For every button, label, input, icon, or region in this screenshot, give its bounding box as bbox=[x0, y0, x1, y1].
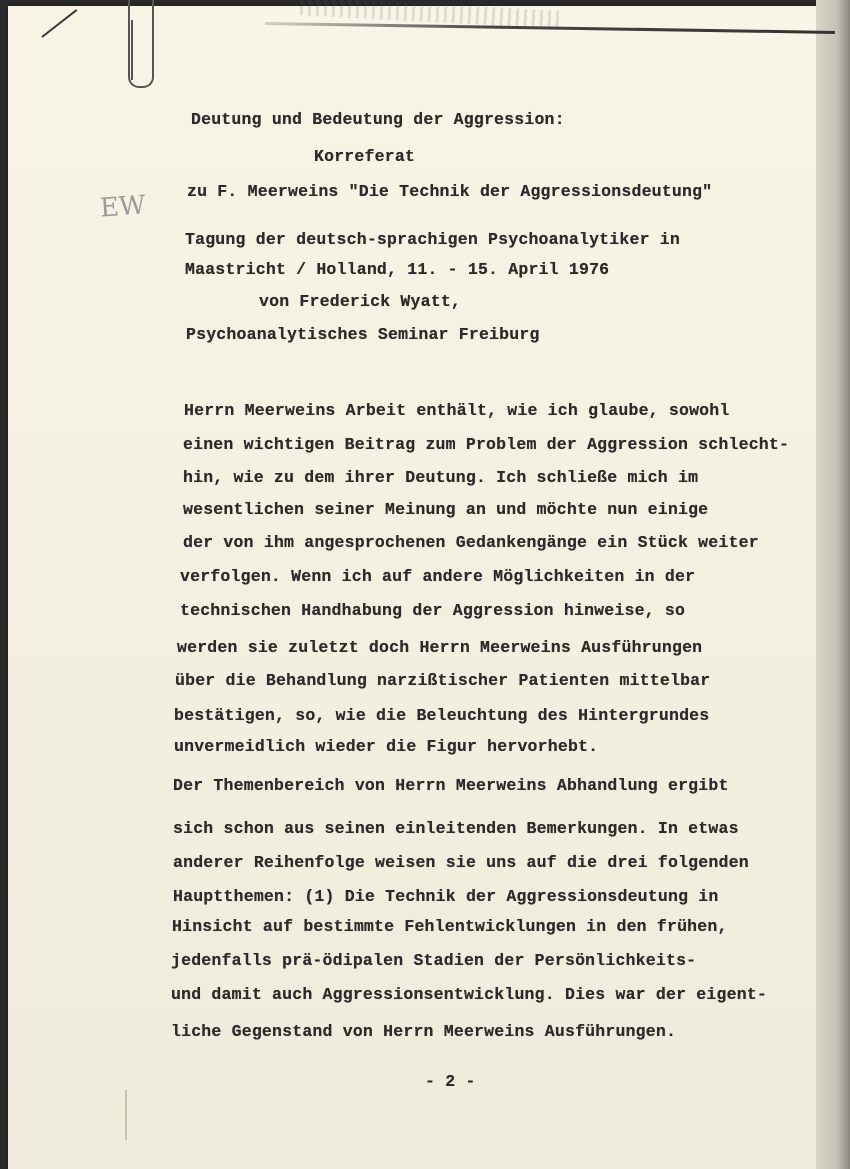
text-line: Hauptthemen: (1) Die Technik der Aggress… bbox=[173, 887, 719, 906]
text-line: wesentlichen seiner Meinung an und möcht… bbox=[183, 500, 708, 519]
author-line: von Frederick Wyatt, bbox=[259, 292, 461, 311]
text-line: technischen Handhabung der Aggression hi… bbox=[180, 601, 685, 620]
text-line: hin, wie zu dem ihrer Deutung. Ich schli… bbox=[183, 468, 698, 487]
text-line: werden sie zuletzt doch Herrn Meerweins … bbox=[177, 638, 702, 657]
text-line: sich schon aus seinen einleitenden Bemer… bbox=[173, 819, 739, 838]
document-subtitle: Korreferat bbox=[314, 147, 415, 166]
text-line: anderer Reihenfolge weisen sie uns auf d… bbox=[173, 853, 749, 872]
text-line: einen wichtigen Beitrag zum Problem der … bbox=[183, 435, 789, 454]
text-line: jedenfalls prä-ödipalen Stadien der Pers… bbox=[171, 951, 696, 970]
page-number: - 2 - bbox=[425, 1072, 476, 1091]
paper-stain bbox=[125, 1090, 127, 1140]
text-line: Herrn Meerweins Arbeit enthält, wie ich … bbox=[184, 401, 730, 420]
text-line: Der Themenbereich von Herrn Meerweins Ab… bbox=[173, 776, 729, 795]
conference-line-2: Maastricht / Holland, 11. - 15. April 19… bbox=[185, 260, 609, 279]
text-line: bestätigen, so, wie die Beleuchtung des … bbox=[174, 706, 709, 725]
affiliation-line: Psychoanalytisches Seminar Freiburg bbox=[186, 325, 540, 344]
text-line: und damit auch Aggressionsentwicklung. D… bbox=[171, 985, 767, 1004]
reference-line: zu F. Meerweins "Die Technik der Aggress… bbox=[187, 182, 712, 201]
text-line: verfolgen. Wenn ich auf andere Möglichke… bbox=[180, 567, 695, 586]
text-line: unvermeidlich wieder die Figur hervorheb… bbox=[174, 737, 598, 756]
handwritten-annotation: EW bbox=[99, 190, 147, 223]
underlying-page-edge bbox=[816, 0, 850, 1169]
text-line: über die Behandlung narzißtischer Patien… bbox=[175, 671, 710, 690]
text-line: liche Gegenstand von Herrn Meerweins Aus… bbox=[171, 1022, 676, 1041]
text-line: der von ihm angesprochenen Gedankengänge… bbox=[183, 533, 759, 552]
paperclip-inner-wire bbox=[131, 20, 137, 80]
document-title: Deutung und Bedeutung der Aggression: bbox=[191, 110, 565, 129]
text-line: Hinsicht auf bestimmte Fehlentwicklungen… bbox=[172, 917, 728, 936]
conference-line-1: Tagung der deutsch-sprachigen Psychoanal… bbox=[185, 230, 680, 249]
